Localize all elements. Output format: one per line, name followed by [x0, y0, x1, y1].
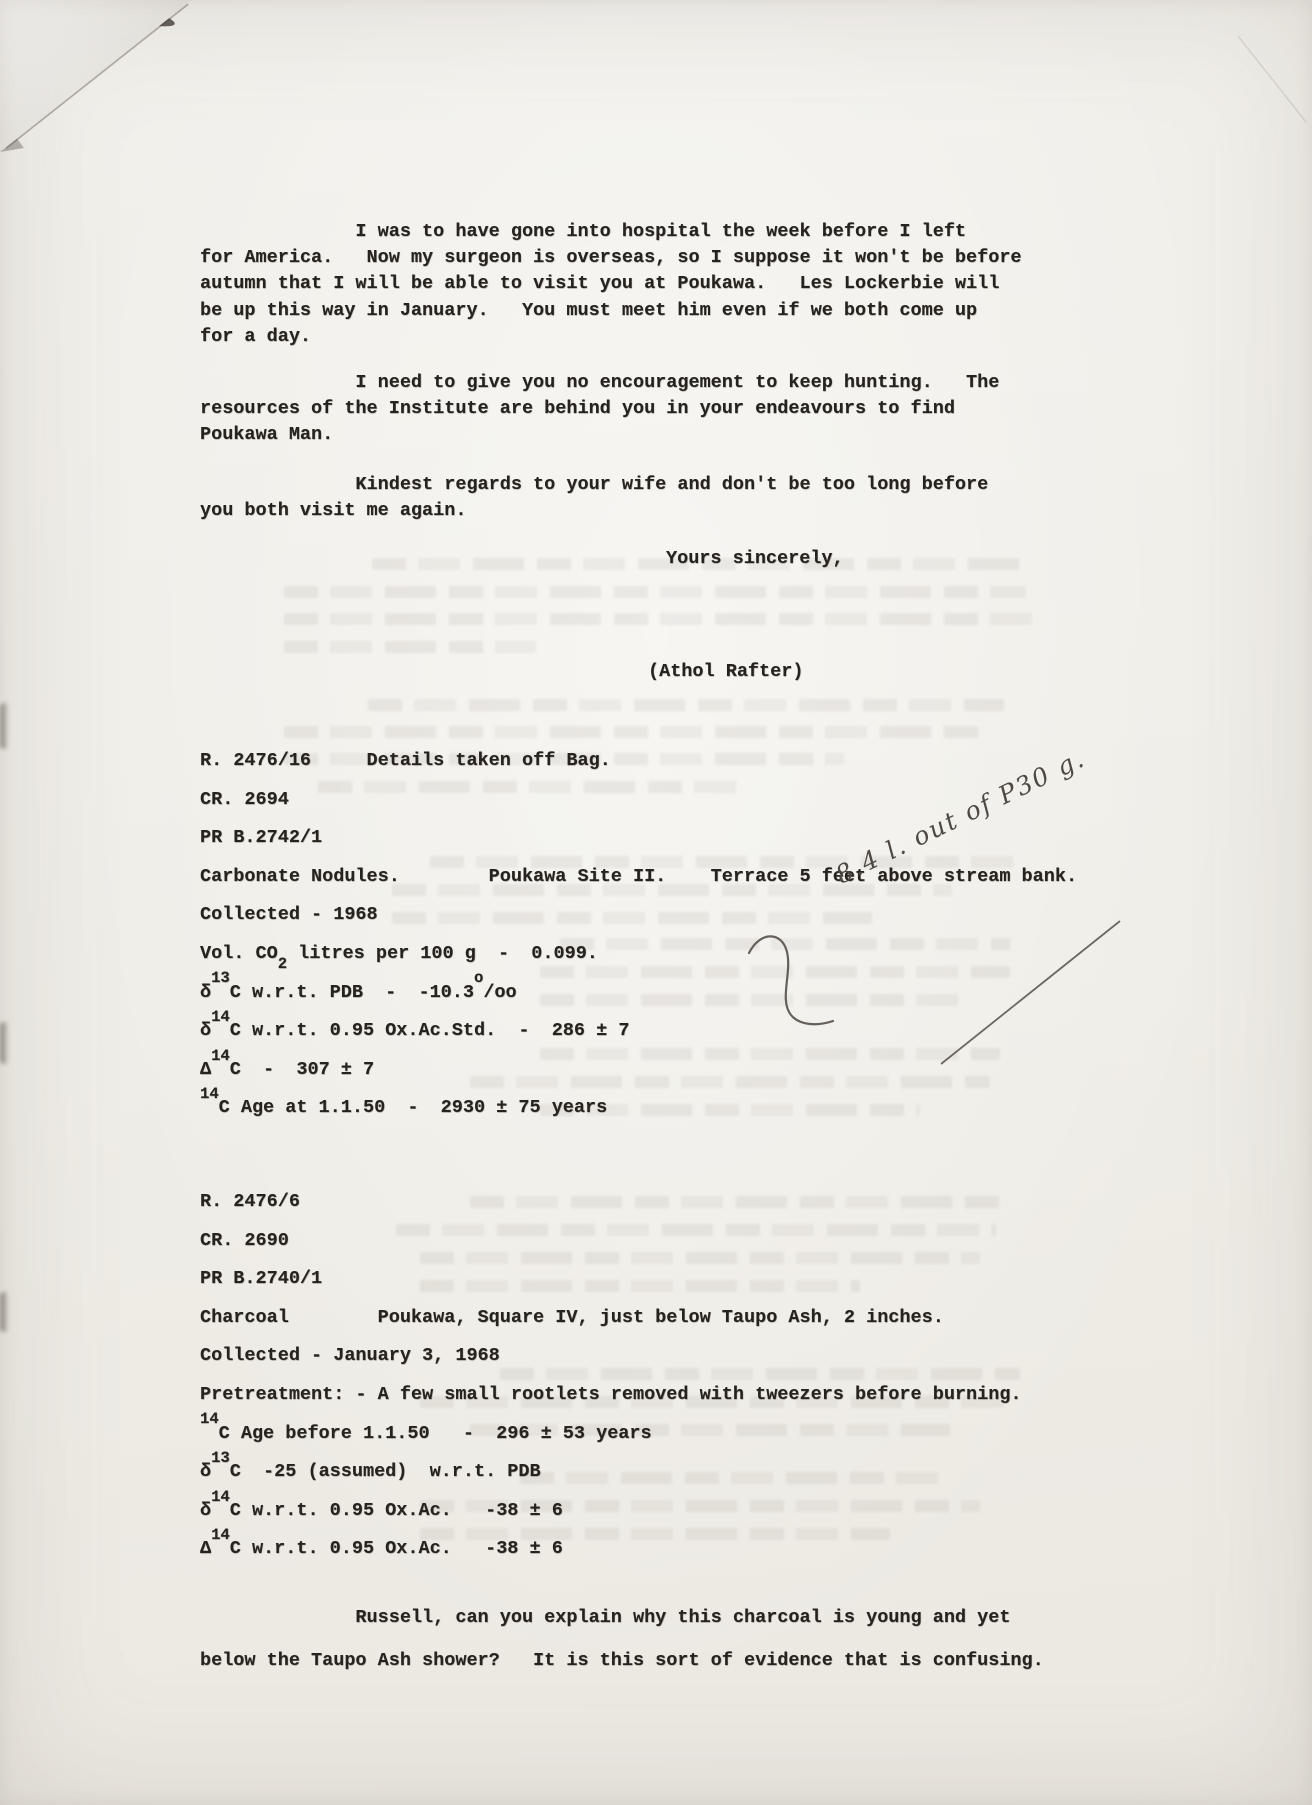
text-line: below the Taupo Ash shower? It is this s… [200, 1639, 1044, 1682]
signature-name: (Athol Rafter) [648, 661, 803, 682]
text-line: be up this way in January. You must meet… [200, 298, 1022, 324]
text-line: R. 2476/16 Details taken off Bag. [200, 742, 1077, 781]
edge-smudge [0, 703, 9, 749]
edge-smudge [0, 1022, 9, 1064]
sample-record-1: R. 2476/16 Details taken off Bag.CR. 269… [200, 742, 1077, 1128]
text-line: PR B.2740/1 [200, 1260, 1022, 1299]
letter-paragraph-3: Kindest regards to your wife and don't b… [200, 472, 988, 524]
text-line: you both visit me again. [200, 498, 988, 524]
text-line: Charcoal Poukawa, Square IV, just below … [200, 1299, 1022, 1338]
text-line: δ14C w.r.t. 0.95 Ox.Ac.Std. - 286 ± 7 [200, 1012, 1077, 1051]
bleedthrough-line [284, 586, 1026, 598]
text-line: Poukawa Man. [200, 422, 999, 448]
edge-smudge [0, 1292, 9, 1332]
bleedthrough-line [368, 699, 1004, 711]
text-line: for a day. [200, 324, 1022, 350]
text-line: I need to give you no encouragement to k… [200, 370, 999, 396]
text-line: resources of the Institute are behind yo… [200, 396, 999, 422]
letter-paragraph-2: I need to give you no encouragement to k… [200, 370, 999, 449]
text-line: Kindest regards to your wife and don't b… [200, 472, 988, 498]
text-line: Vol. CO2 litres per 100 g - 0.099. [200, 935, 1077, 974]
text-line: I was to have gone into hospital the wee… [200, 219, 1022, 245]
text-line: CR. 2690 [200, 1222, 1022, 1261]
bleedthrough-line [284, 613, 1042, 625]
text-line: Carbonate Nodules. Poukawa Site II. Terr… [200, 858, 1077, 897]
text-line: Δ14C - 307 ± 7 [200, 1051, 1077, 1090]
final-paragraph: Russell, can you explain why this charco… [200, 1596, 1044, 1682]
text-line: δ13C w.r.t. PDB - -10.3o/oo [200, 974, 1077, 1013]
text-line: 14C Age at 1.1.50 - 2930 ± 75 years [200, 1089, 1077, 1128]
text-line: R. 2476/6 [200, 1183, 1022, 1222]
scanned-letter-page: I was to have gone into hospital the wee… [0, 0, 1312, 1805]
text-line: 14C Age before 1.1.50 - 296 ± 53 years [200, 1415, 1022, 1454]
text-line: Pretreatment: - A few small rootlets rem… [200, 1376, 1022, 1415]
text-line: Collected - 1968 [200, 896, 1077, 935]
bleedthrough-line [284, 641, 536, 653]
text-line: δ13C -25 (assumed) w.r.t. PDB [200, 1453, 1022, 1492]
text-line: δ14C w.r.t. 0.95 Ox.Ac. -38 ± 6 [200, 1492, 1022, 1531]
text-line: for America. Now my surgeon is overseas,… [200, 245, 1022, 271]
letter-closing: Yours sincerely, [666, 548, 844, 569]
sample-record-2: R. 2476/6CR. 2690PR B.2740/1Charcoal Pou… [200, 1183, 1022, 1569]
text-line: Δ14C w.r.t. 0.95 Ox.Ac. -38 ± 6 [200, 1530, 1022, 1569]
letter-paragraph-1: I was to have gone into hospital the wee… [200, 219, 1022, 350]
bleedthrough-line [284, 726, 984, 738]
folded-corner [0, 0, 200, 160]
text-line: autumn that I will be able to visit you … [200, 271, 1022, 297]
corner-crease-line [1238, 36, 1306, 122]
text-line: Russell, can you explain why this charco… [200, 1596, 1044, 1639]
text-line: Collected - January 3, 1968 [200, 1337, 1022, 1376]
